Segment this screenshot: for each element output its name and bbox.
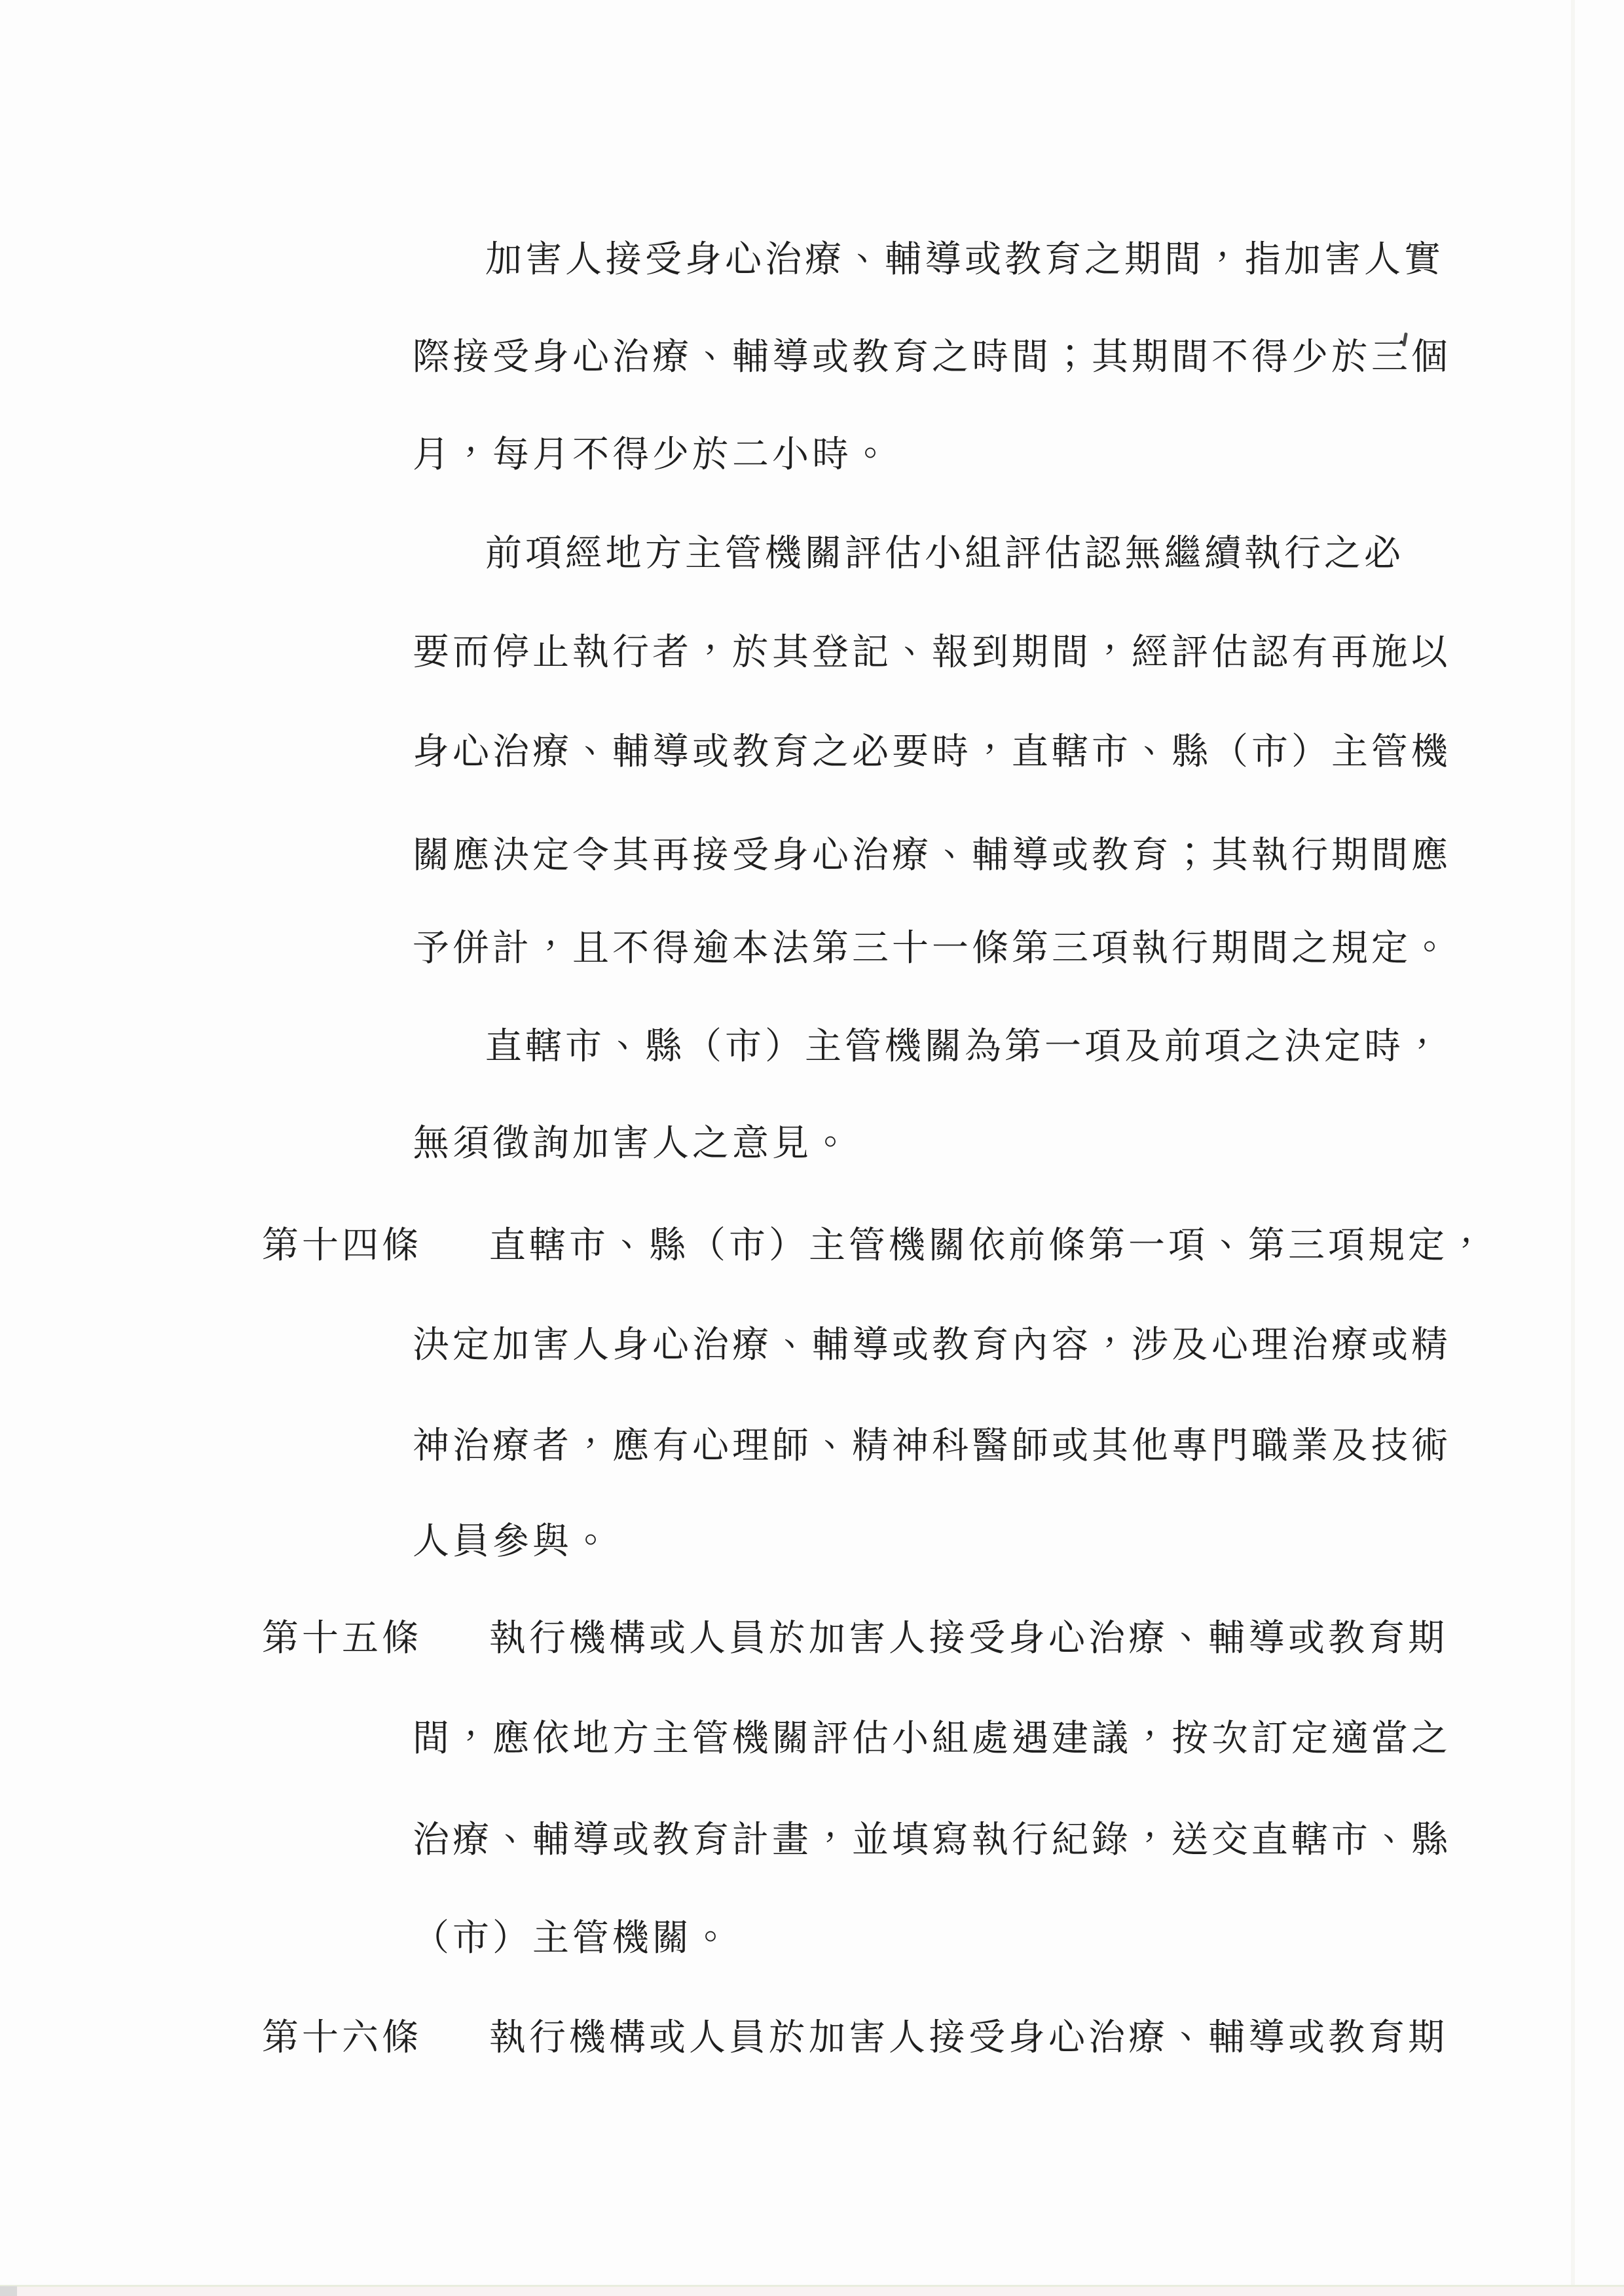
article-line: 第十六條執行機構或人員於加害人接受身心治療、輔導或教育期 (262, 2018, 1448, 2058)
scanned-document-page: 加害人接受身心治療、輔導或教育之期間，指加害人實 際接受身心治療、輔導或教育之時… (0, 0, 1624, 2296)
text-line: 月，每月不得少於二小時。 (413, 435, 892, 475)
text-line: （市）主管機關。 (413, 1918, 732, 1959)
scan-edge-band (0, 2287, 1624, 2296)
text-line: 直轄市、縣（市）主管機關為第一項及前項之決定時， (485, 1027, 1444, 1067)
article-text: 直轄市、縣（市）主管機關依前條第一項、第三項規定， (489, 1226, 1488, 1266)
text-line: 決定加害人身心治療、輔導或教育內容，涉及心理治療或精 (413, 1325, 1451, 1366)
article-number: 第十五條 (262, 1618, 422, 1659)
text-line: 治療、輔導或教育計畫，並填寫執行紀錄，送交直轄市、縣 (413, 1820, 1451, 1861)
text-line: 無須徵詢加害人之意見。 (413, 1123, 852, 1164)
text-line: 際接受身心治療、輔導或教育之時間；其期間不得少於三個 (413, 337, 1451, 378)
text-line: 關應決定令其再接受身心治療、輔導或教育；其執行期間應 (413, 835, 1451, 876)
text-line: 神治療者，應有心理師、精神科醫師或其他專門職業及技術 (413, 1426, 1451, 1467)
text-line: 人員參與。 (413, 1522, 612, 1562)
article-line: 第十四條直轄市、縣（市）主管機關依前條第一項、第三項規定， (262, 1226, 1488, 1266)
article-line: 第十五條執行機構或人員於加害人接受身心治療、輔導或教育期 (262, 1618, 1448, 1659)
text-line: 加害人接受身心治療、輔導或教育之期間，指加害人實 (485, 240, 1444, 280)
text-line: 身心治療、輔導或教育之必要時，直轄市、縣（市）主管機 (413, 732, 1451, 773)
article-number: 第十六條 (262, 2018, 422, 2058)
article-text: 執行機構或人員於加害人接受身心治療、輔導或教育期 (489, 1618, 1448, 1659)
text-line: 間，應依地方主管機關評估小組處遇建議，按次訂定適當之 (413, 1719, 1451, 1759)
article-number: 第十四條 (262, 1226, 422, 1266)
scan-corner-patch (0, 2286, 17, 2296)
article-text: 執行機構或人員於加害人接受身心治療、輔導或教育期 (489, 2018, 1448, 2058)
scan-streak (1571, 0, 1575, 2296)
text-line: 前項經地方主管機關評估小組評估認無繼續執行之必 (485, 534, 1404, 574)
text-line: 要而停止執行者，於其登記、報到期間，經評估認有再施以 (413, 632, 1451, 673)
text-line: 予併計，且不得逾本法第三十一條第三項執行期間之規定。 (413, 928, 1451, 969)
